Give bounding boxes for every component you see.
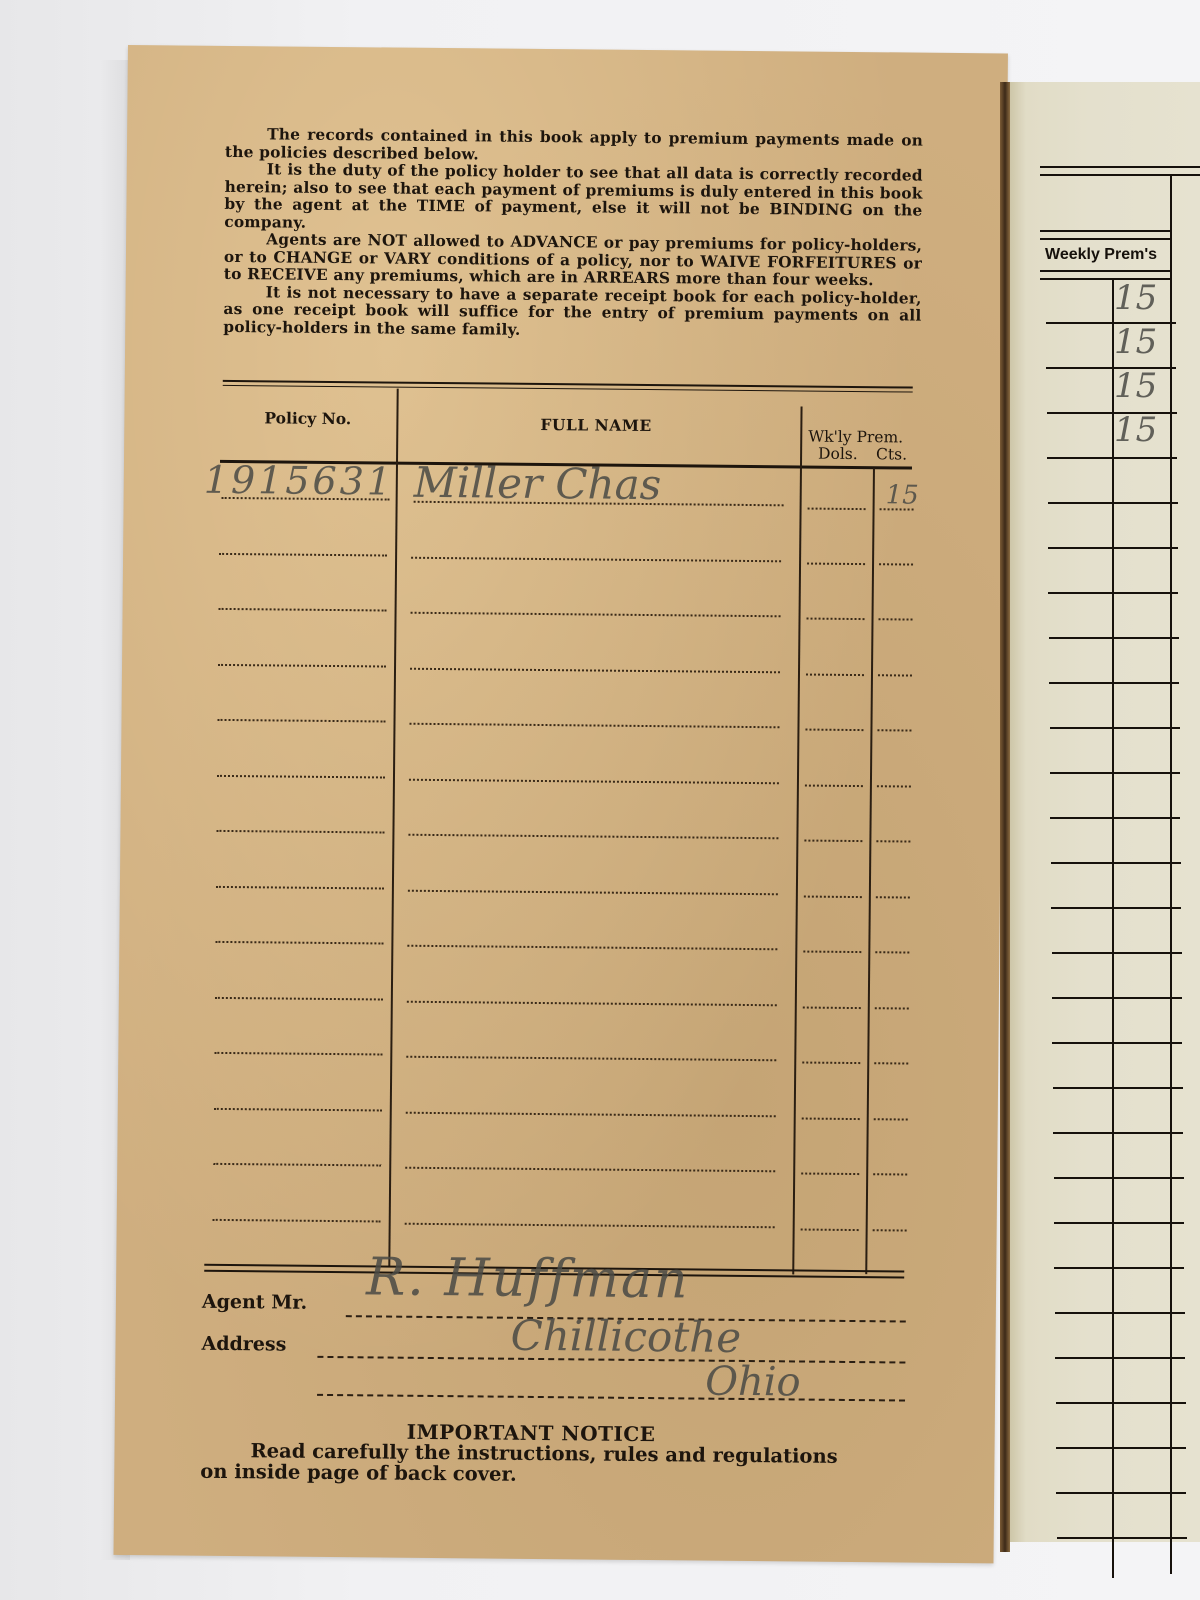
table-row [128,45,1008,53]
ledger-row-line [1051,862,1181,864]
ledger-row-line [1052,1042,1182,1044]
policy-table: 1915631 Miller Chas 15 [128,45,1008,53]
table-row [128,45,1008,53]
ledger-row-line [1052,952,1182,954]
notice-line-2: on inside page of back cover. [200,1461,517,1485]
ledger-row-line [1048,592,1178,594]
ledger-row-line [1051,907,1181,909]
right-page: Weekly Prem's 15 15 15 15 [1010,82,1200,1542]
left-page: The records contained in this book apply… [114,45,1008,1563]
table-row [128,45,1008,53]
ledger-row-line [1055,1357,1185,1359]
ledger-row-line [1056,1492,1186,1494]
top-rule [1040,166,1200,168]
agent-label: Agent Mr. [202,1291,307,1314]
ledger-row-line [1057,1537,1187,1539]
ledger-row-line [1047,412,1177,414]
top-rule [1040,174,1200,176]
weekly-prem-entry: 15 [1114,410,1157,450]
table-row [128,45,1008,53]
table-row [128,45,1008,53]
column-divider [792,406,802,1274]
header-rule [1040,238,1170,240]
ledger-row-line [1054,1267,1184,1269]
ledger-row-line [1052,997,1182,999]
agent-name: R. Huffman [366,1247,690,1310]
column-header-full-name: FULL NAME [540,415,652,435]
column-divider [388,389,398,1267]
ledger-row-line [1054,1222,1184,1224]
weekly-prem-label: Weekly Prem's [1045,246,1157,264]
table-row [128,45,1008,53]
address-state: Ohio [705,1359,801,1406]
table-row: 1915631 Miller Chas 15 [128,45,1008,53]
policy-number-cell: 1915631 [204,458,395,504]
ledger-row-line [1048,502,1178,504]
book-spine [1000,82,1010,1552]
column-header-policy-no: Policy No. [264,408,351,428]
intro-paragraph: It is not necessary to have a separate r… [223,283,921,342]
weekly-prem-entry: 15 [1114,366,1157,406]
column-header-dols: Dols. [818,445,858,463]
address-line-2 [317,1394,905,1402]
table-row [128,45,1008,53]
ledger-row-line [1056,1402,1186,1404]
column-divider [865,468,875,1274]
address-city: Chillicothe [510,1311,741,1362]
column-header-weekly-prem: Wk'ly Prem. [808,428,903,447]
full-name-cell: Miller Chas [414,458,662,509]
weekly-prem-entry: 15 [1114,278,1157,318]
ledger-row-line [1054,1177,1184,1179]
ledger-row-line [1053,1087,1183,1089]
weekly-prem-entry: 15 [1114,322,1157,362]
ledger-row-line [1050,727,1180,729]
table-row [128,45,1008,53]
ledger-row-line [1050,817,1180,819]
table-row [128,45,1008,53]
column-header-cts: Cts. [876,445,907,463]
intro-paragraph: Agents are NOT allowed to ADVANCE or pay… [224,231,922,290]
table-row [128,45,1008,53]
ledger-row-line [1056,1447,1186,1449]
column-divider [1170,174,1172,1574]
intro-text: The records contained in this book apply… [223,126,923,343]
column-divider [1112,278,1114,1578]
header-rule [1040,230,1170,232]
ledger-row-line [1049,637,1179,639]
ledger-row-line [1053,1132,1183,1134]
ledger-row-line [1047,457,1177,459]
header-rule [1040,270,1170,272]
ledger-row-line [1048,547,1178,549]
intro-paragraph: It is the duty of the policy holder to s… [224,161,923,238]
table-row [128,45,1008,53]
ledger-row-line [1049,682,1179,684]
table-row [128,45,1008,53]
ledger-row-line [1055,1312,1185,1314]
ledger-row-line [1050,772,1180,774]
table-row [128,45,1008,53]
address-label: Address [201,1333,286,1356]
cents-cell: 15 [886,480,919,510]
